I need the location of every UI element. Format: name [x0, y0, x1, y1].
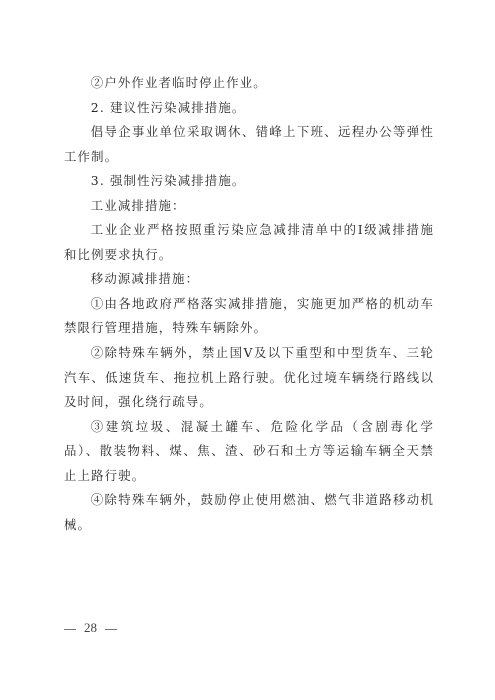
heading-mandatory-measures: 3. 强制性污染减排措施。 — [64, 169, 434, 194]
document-page: ②户外作业者临时停止作业。 2. 建议性污染减排措施。 倡导企事业单位采取调休、… — [0, 0, 495, 700]
heading-mobile-source-measures: 移动源减排措施： — [64, 267, 434, 292]
page-number: 28 — [84, 620, 97, 635]
paragraph-mobile-item-3: ③建筑垃圾、混凝土罐车、危险化学品（含剧毒化学品）、散装物料、煤、焦、渣、砂石和… — [64, 415, 434, 489]
paragraph-mobile-item-1: ①由各地政府严格落实减排措施，实施更加严格的机动车禁限行管理措施，特殊车辆除外。 — [64, 292, 434, 341]
page-footer: 28 — [64, 620, 125, 636]
paragraph-mobile-item-4: ④除特殊车辆外，鼓励停止使用燃油、燃气非道路移动机械。 — [64, 488, 434, 537]
heading-advisory-measures: 2. 建议性污染减排措施。 — [64, 96, 434, 121]
paragraph-industrial-enterprises: 工业企业严格按照重污染应急减排清单中的Ⅰ级减排措施和比例要求执行。 — [64, 218, 434, 267]
document-body: ②户外作业者临时停止作业。 2. 建议性污染减排措施。 倡导企事业单位采取调休、… — [64, 71, 434, 537]
dash-right — [105, 629, 117, 630]
heading-industrial-measures: 工业减排措施： — [64, 194, 434, 219]
paragraph-mobile-item-2: ②除特殊车辆外，禁止国Ⅴ及以下重型和中型货车、三轮汽车、低速货车、拖拉机上路行驶… — [64, 341, 434, 415]
paragraph-flexible-work: 倡导企事业单位采取调休、错峰上下班、远程办公等弹性工作制。 — [64, 120, 434, 169]
paragraph-outdoor-work: ②户外作业者临时停止作业。 — [64, 71, 434, 96]
dash-left — [64, 629, 76, 630]
